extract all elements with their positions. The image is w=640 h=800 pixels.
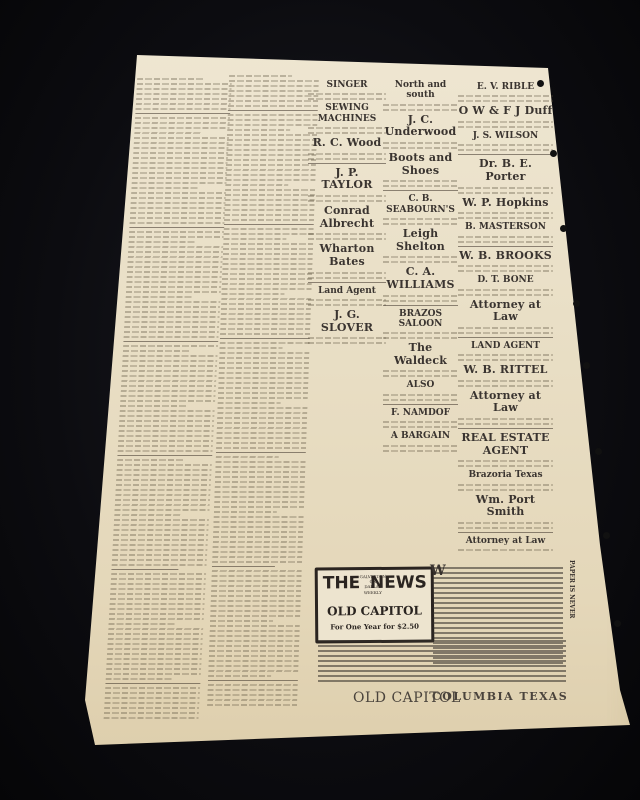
text-line [223, 248, 313, 250]
text-line [112, 559, 207, 561]
ad-heading: REAL ESTATE AGENT [458, 432, 553, 457]
text-line [226, 164, 316, 166]
ad-heading: Land Agent [308, 286, 386, 296]
text-line [383, 142, 458, 144]
text-line [226, 169, 316, 171]
text-line [128, 241, 195, 243]
text-line [211, 600, 301, 602]
text-line [123, 341, 218, 342]
text-line [229, 85, 319, 87]
text-line [222, 283, 312, 285]
text-line [208, 680, 298, 681]
text-line [118, 450, 213, 452]
text-line [104, 702, 199, 704]
footer-location: COLUMBIA TEXAS [432, 690, 568, 703]
text-line [213, 546, 303, 548]
text-line [122, 365, 217, 367]
text-line [458, 327, 553, 329]
text-line [213, 521, 303, 523]
text-line [209, 650, 299, 652]
text-line [218, 377, 308, 379]
text-line [222, 288, 312, 290]
text-line [383, 218, 458, 220]
text-line [217, 417, 307, 419]
ad-heading: F. NAMDOF [383, 408, 458, 418]
text-line [128, 251, 223, 253]
text-line [308, 132, 386, 134]
text-line [211, 595, 301, 597]
text-line [106, 678, 173, 680]
text-line [383, 370, 458, 372]
text-line [212, 575, 302, 577]
ad-heading: Attorney at Law [458, 390, 553, 415]
divider [383, 190, 458, 191]
text-line [116, 479, 211, 481]
text-line [308, 153, 386, 155]
text-line [126, 296, 193, 298]
text-line [214, 516, 304, 518]
text-line [216, 456, 279, 458]
ad-heading: J. P. TAYLOR [308, 167, 386, 192]
ad-heading: W. P. Hopkins [458, 197, 553, 210]
text-line [225, 194, 315, 196]
text-line [224, 219, 314, 221]
text-line [207, 694, 297, 696]
text-line [228, 100, 318, 102]
column-3-ads: SINGERSEWING MACHINESR. C. WoodJ. P. TAY… [308, 80, 386, 510]
vertical-margin-text: PAPER IS NEVER [565, 560, 575, 700]
text-line [213, 526, 303, 528]
text-line [113, 529, 208, 531]
text-line [383, 421, 458, 423]
ad-heading: BRAZOS SALOON [383, 309, 458, 330]
binder-hole [603, 532, 610, 539]
text-line [120, 400, 215, 402]
text-line [104, 712, 199, 714]
text-line [228, 114, 318, 116]
text-line [220, 323, 310, 325]
text-line [209, 645, 299, 647]
text-line [383, 295, 458, 297]
ad-heading: A BARGAIN [383, 431, 458, 441]
text-line [111, 569, 178, 570]
text-line [383, 109, 458, 111]
text-line [227, 124, 317, 126]
text-line [137, 88, 232, 90]
text-line [107, 658, 202, 660]
text-line [212, 561, 302, 563]
text-line [129, 222, 224, 224]
text-line [458, 423, 553, 425]
text-line [104, 717, 199, 719]
text-line [458, 265, 553, 267]
text-line [105, 687, 200, 689]
text-line [113, 539, 208, 541]
divider [458, 337, 553, 338]
text-line [458, 121, 553, 123]
text-line [210, 615, 300, 617]
divider [383, 404, 458, 405]
ad-heading: LAND AGENT [458, 341, 553, 351]
text-line [208, 675, 271, 677]
text-line [224, 214, 314, 216]
ad-heading: J. C. Underwood [383, 114, 458, 139]
text-line [108, 633, 203, 635]
text-line [117, 455, 212, 456]
text-line [207, 704, 297, 706]
text-line [212, 566, 275, 567]
text-line [122, 360, 217, 362]
text-line [219, 362, 309, 364]
text-line [134, 127, 229, 129]
binder-hole [614, 620, 621, 627]
text-line [227, 129, 290, 131]
text-line [216, 452, 306, 453]
text-line [214, 506, 304, 508]
text-line [223, 258, 313, 260]
text-line [135, 108, 230, 110]
text-line [210, 605, 300, 607]
text-line [223, 238, 286, 240]
text-line [124, 331, 219, 333]
text-line [118, 445, 213, 447]
text-line [458, 212, 553, 214]
text-line [458, 241, 553, 243]
text-line [224, 228, 314, 230]
text-line [120, 405, 187, 407]
text-line [113, 544, 208, 546]
text-line [213, 536, 303, 538]
text-line [131, 197, 226, 199]
text-line [218, 402, 281, 404]
text-line [117, 469, 212, 471]
text-line [222, 278, 312, 280]
text-line [125, 301, 220, 303]
ad-heading: C. A. WILLIAMS [383, 266, 458, 291]
text-line [227, 144, 317, 146]
binder-hole [595, 448, 602, 455]
text-line [115, 489, 210, 491]
text-line [221, 293, 284, 295]
text-line [458, 418, 553, 420]
text-line [119, 415, 214, 417]
text-line [131, 202, 226, 204]
text-line [458, 149, 553, 151]
text-line [132, 172, 227, 174]
news-ad-the: THE [323, 573, 361, 593]
text-line [211, 590, 301, 592]
text-line [221, 303, 311, 305]
text-line [129, 236, 224, 238]
text-line [458, 527, 553, 529]
text-line [131, 187, 198, 189]
text-line [215, 481, 305, 483]
text-line [383, 223, 458, 225]
text-line [115, 504, 210, 506]
text-line [123, 345, 218, 347]
text-line [134, 142, 229, 144]
text-line [225, 189, 315, 191]
text-line [123, 355, 218, 357]
text-line [108, 623, 175, 625]
text-line [383, 185, 458, 187]
text-line [308, 127, 386, 129]
text-line [217, 427, 307, 429]
text-line [308, 93, 386, 95]
text-line [458, 359, 553, 361]
text-line [115, 494, 210, 496]
text-line [127, 261, 222, 263]
text-line [106, 668, 201, 670]
text-line [137, 78, 204, 80]
text-line [127, 276, 222, 278]
text-line [210, 620, 273, 622]
text-line [383, 261, 458, 263]
text-line [225, 199, 315, 201]
text-line [211, 585, 301, 587]
text-line [134, 137, 229, 139]
ad-heading: W. B. RITTEL [458, 364, 553, 377]
text-line [228, 110, 318, 111]
text-line [209, 640, 299, 642]
text-line [121, 380, 216, 382]
text-line [111, 578, 206, 580]
text-line [113, 534, 208, 536]
text-line [124, 336, 219, 338]
text-line [114, 524, 209, 526]
text-line [227, 119, 317, 121]
text-line [134, 132, 201, 134]
text-line [223, 253, 313, 255]
text-line [112, 554, 207, 556]
divider [308, 163, 386, 164]
text-line [221, 308, 311, 310]
text-line [458, 95, 553, 97]
text-line [117, 459, 184, 461]
text-line [383, 450, 458, 452]
text-line [121, 375, 216, 377]
ad-heading: Brazoria Texas [458, 470, 553, 480]
text-line [125, 311, 220, 313]
text-line [308, 277, 386, 279]
text-line [226, 154, 316, 156]
binder-hole [537, 80, 544, 87]
ad-heading: SINGER [308, 80, 386, 90]
text-line [458, 217, 553, 219]
divider [458, 246, 553, 247]
text-line [111, 573, 206, 575]
text-line [221, 313, 311, 315]
text-line [213, 541, 303, 543]
divider [383, 305, 458, 306]
text-line [229, 75, 292, 77]
text-line [114, 514, 181, 516]
text-line [227, 139, 317, 141]
newspaper-page: SINGERSEWING MACHINESR. C. WoodJ. P. TAY… [0, 0, 640, 800]
text-line [220, 333, 310, 335]
text-line [215, 466, 305, 468]
text-line [210, 610, 300, 612]
text-line [218, 387, 308, 389]
text-line [114, 519, 209, 521]
text-line [137, 83, 232, 85]
text-line [119, 430, 214, 432]
text-line [458, 460, 553, 462]
column-4-ads: North and southJ. C. UnderwoodBoots and … [383, 80, 458, 550]
ad-heading: Attorney at Law [458, 299, 553, 324]
binder-hole [550, 150, 557, 157]
text-line [217, 432, 307, 434]
text-line [218, 382, 308, 384]
text-line [308, 200, 386, 202]
text-line [127, 266, 222, 268]
text-line [109, 608, 204, 610]
text-line [308, 337, 386, 339]
text-line [308, 342, 386, 344]
text-line [136, 98, 231, 100]
text-line [129, 231, 224, 233]
text-line [121, 390, 216, 392]
text-line [130, 217, 225, 219]
text-line [212, 556, 302, 558]
text-line [123, 350, 190, 352]
text-line [224, 224, 314, 225]
ad-heading: J. G. SLOVER [308, 309, 386, 334]
divider [308, 282, 386, 283]
text-line [308, 238, 386, 240]
text-line [212, 570, 302, 572]
text-line [219, 367, 309, 369]
text-line [308, 158, 386, 160]
text-line [222, 273, 312, 275]
text-line [458, 354, 553, 356]
text-line [217, 412, 307, 414]
text-line [383, 332, 458, 334]
text-line [105, 683, 200, 684]
binder-hole [573, 300, 580, 307]
text-line [217, 407, 307, 409]
text-line [308, 98, 386, 100]
ad-heading: C. B. SEABOURN'S [383, 194, 458, 215]
ad-heading: Wharton Bates [308, 243, 386, 268]
text-line [458, 484, 553, 486]
text-line [458, 385, 553, 387]
text-line [458, 144, 553, 146]
text-line [110, 598, 205, 600]
text-line [118, 435, 213, 437]
text-line [133, 147, 228, 149]
text-line [215, 476, 305, 478]
text-line [129, 227, 224, 228]
text-line [216, 461, 306, 463]
text-line [215, 471, 305, 473]
text-line [214, 491, 304, 493]
text-line [458, 236, 553, 238]
text-line [114, 509, 209, 511]
text-line [133, 157, 228, 159]
news-ad-news: NEWS [370, 573, 427, 593]
text-line [458, 294, 553, 296]
text-line [119, 425, 214, 427]
text-line [226, 149, 316, 151]
text-line [209, 635, 299, 637]
text-line [105, 692, 200, 694]
ad-heading: ALSO [383, 380, 458, 390]
divider [458, 428, 553, 429]
text-line [133, 162, 228, 164]
text-line [218, 392, 308, 394]
text-line [308, 195, 386, 197]
text-line [220, 338, 310, 339]
text-line [216, 437, 306, 439]
divider [458, 154, 553, 155]
text-line [227, 134, 317, 136]
text-line [120, 410, 215, 412]
text-line [128, 246, 223, 248]
ad-heading: Wm. Port Smith [458, 494, 553, 519]
text-line [226, 159, 316, 161]
text-line [215, 486, 305, 488]
text-line [458, 289, 553, 291]
text-line [104, 707, 199, 709]
column-5-ads: E. V. RIBLEO W & F J DuffJ. S. WILSONDr.… [458, 82, 553, 552]
text-line [222, 268, 312, 270]
text-line [458, 192, 553, 194]
text-line [210, 625, 300, 627]
text-line [224, 209, 314, 211]
text-line [458, 522, 553, 524]
text-line [108, 638, 203, 640]
text-line [219, 352, 309, 354]
text-line [120, 395, 215, 397]
text-line [458, 126, 553, 128]
text-line [458, 380, 553, 382]
text-line [383, 426, 458, 428]
ad-heading: J. S. WILSON [458, 131, 553, 141]
text-line [458, 187, 553, 189]
text-line [210, 630, 300, 632]
ad-heading: Boots and Shoes [383, 152, 458, 177]
ad-heading: O W & F J Duff [458, 105, 553, 118]
text-line [219, 357, 309, 359]
text-line [225, 184, 288, 186]
text-line [228, 95, 318, 97]
text-line [136, 93, 231, 95]
text-line [308, 272, 386, 274]
text-line [218, 397, 308, 399]
text-line [383, 256, 458, 258]
text-line [308, 304, 386, 306]
text-line [136, 103, 231, 105]
text-line [106, 663, 201, 665]
text-line [127, 271, 222, 273]
text-line [225, 179, 315, 181]
text-line [208, 689, 298, 691]
text-line [107, 643, 202, 645]
text-line [118, 440, 213, 442]
text-line [126, 291, 221, 293]
text-line [125, 306, 220, 308]
text-line [383, 399, 458, 401]
text-line [116, 484, 211, 486]
text-line [130, 207, 225, 209]
binder-hole [560, 225, 567, 232]
text-line [130, 212, 225, 214]
text-line [209, 655, 299, 657]
text-line [121, 385, 216, 387]
ad-heading: North and south [383, 80, 458, 101]
text-line [221, 318, 311, 320]
